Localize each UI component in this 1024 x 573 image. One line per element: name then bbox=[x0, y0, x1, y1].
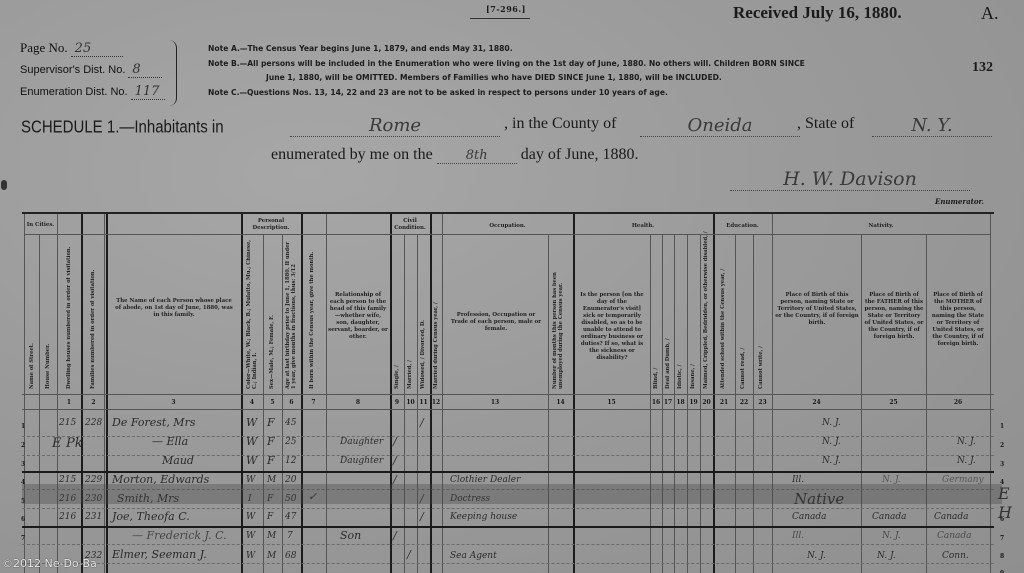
r8-color: W bbox=[246, 551, 255, 561]
enum-suffix: day of June, 1880. bbox=[521, 146, 639, 163]
col-3: The Name of each Person whose place of a… bbox=[114, 298, 234, 319]
colnum-12: 12 bbox=[430, 399, 442, 406]
col-13: Profession, Occupation or Trade of each … bbox=[450, 312, 542, 333]
brace bbox=[168, 40, 177, 106]
section-letter: A. bbox=[981, 3, 999, 24]
margin-note: E H bbox=[998, 484, 1024, 522]
r7-mother-birth: Canada bbox=[937, 531, 972, 541]
r7-single-mark: / bbox=[393, 529, 397, 542]
col-8: Relationship of each person to the head … bbox=[328, 292, 388, 341]
colnum-25: 25 bbox=[861, 399, 926, 406]
r6-age: 47 bbox=[285, 512, 296, 522]
col-14: Number of months this person has been un… bbox=[552, 244, 568, 389]
enumerator-signature: H. W. Davison bbox=[730, 168, 970, 191]
r7-age: 7 bbox=[287, 531, 293, 541]
rownum-3: 3 bbox=[21, 461, 25, 468]
page-no-field: Page No. 25 bbox=[20, 40, 165, 62]
col-house: House Number. bbox=[45, 349, 51, 389]
col-11: Widowed, / Divorced, D. bbox=[420, 329, 426, 389]
col-9: Single, / bbox=[394, 359, 400, 389]
r2-age: 25 bbox=[285, 437, 296, 447]
page-no-label: Page No. bbox=[20, 40, 68, 56]
r7-father-birth: N. J. bbox=[882, 531, 901, 541]
col-17: Deaf and Dumb, / bbox=[665, 334, 671, 389]
r1-age: 45 bbox=[285, 418, 296, 428]
r3-birth: N. J. bbox=[822, 456, 841, 466]
r6-mother-birth: Canada bbox=[934, 512, 969, 522]
col-5: Sex—Male, M.; Female, F. bbox=[269, 324, 275, 389]
col-26: Place of Birth of the MOTHER of this per… bbox=[928, 292, 988, 348]
r3-single-mark: / bbox=[393, 454, 397, 467]
note-c: Note C.—Questions Nos. 13, 14, 22 and 23… bbox=[208, 86, 805, 101]
r7-relation: Son bbox=[340, 529, 361, 542]
state-field: N. Y. bbox=[872, 115, 992, 137]
rownum-right-2: 2 bbox=[1000, 442, 1004, 449]
r1-color: W bbox=[246, 416, 257, 429]
colnum-2: 2 bbox=[81, 399, 106, 406]
r1-dwelling: 215 bbox=[59, 418, 76, 428]
note-b-continued: June 1, 1880, will be OMITTED. Members o… bbox=[208, 71, 805, 86]
note-b: Note B.—All persons will be included in … bbox=[208, 57, 805, 72]
colnum-11: 11 bbox=[417, 399, 430, 406]
note-a: Note A.—The Census Year begins June 1, 1… bbox=[208, 42, 805, 57]
col-12: Married during Census year, / bbox=[433, 289, 439, 389]
colnum-22: 22 bbox=[735, 399, 753, 406]
census-page: [7-296.] Received July 16, 1880. A. 132 … bbox=[0, 0, 1024, 573]
r7-name: — Frederick J. C. bbox=[132, 529, 227, 542]
r8-sex: M bbox=[267, 551, 276, 561]
col-23: Cannot write, / bbox=[758, 342, 764, 389]
place-field: Rome bbox=[290, 115, 500, 137]
supervisor-dist-value: 8 bbox=[128, 62, 162, 78]
r7-color: W bbox=[246, 531, 255, 541]
enumeration-dist-field: Enumeration Dist. No. 117 bbox=[20, 84, 165, 106]
r3-color: W bbox=[246, 454, 257, 467]
colnum-16: 16 bbox=[650, 399, 662, 406]
r6-color: W bbox=[246, 512, 255, 522]
form-code: [7-296.] bbox=[486, 4, 526, 14]
colnum-4: 4 bbox=[241, 399, 263, 406]
col-street: Name of Street. bbox=[29, 349, 35, 389]
r2-birth: N. J. bbox=[822, 437, 841, 447]
colnum-23: 23 bbox=[753, 399, 772, 406]
r2-relation: Daughter bbox=[340, 437, 383, 447]
r8-occupation: Sea Agent bbox=[450, 551, 497, 561]
district-fields: Page No. 25 Supervisor's Dist. No. 8 Enu… bbox=[20, 40, 165, 106]
col-7: If born within the Census year, give the… bbox=[309, 269, 315, 389]
county-label: , in the County of bbox=[504, 115, 616, 133]
watermark: ©2012 Ne-Do-Ba bbox=[2, 557, 97, 570]
highlighted-row bbox=[22, 484, 1002, 504]
r1-widowed-mark: / bbox=[420, 416, 424, 429]
divider bbox=[470, 18, 530, 19]
r3-name: Maud bbox=[162, 454, 194, 467]
received-stamp: Received July 16, 1880. bbox=[733, 3, 902, 23]
r2-sex: F bbox=[267, 435, 275, 448]
colnum-20: 20 bbox=[700, 399, 713, 406]
rownum-right-7: 7 bbox=[1000, 535, 1004, 542]
r8-birth: N. J. bbox=[807, 551, 826, 561]
r8-married-mark: / bbox=[407, 548, 411, 561]
col-22: Cannot read, / bbox=[740, 344, 746, 389]
supervisor-dist-label: Supervisor's Dist. No. bbox=[20, 64, 125, 76]
r6-name: Joe, Theofa C. bbox=[112, 510, 190, 523]
col-1: Dwelling houses numbered in order of vis… bbox=[66, 259, 72, 389]
col-18: Idiotic, / bbox=[677, 349, 683, 389]
r3-relation: Daughter bbox=[340, 456, 383, 466]
col-19: Insane, / bbox=[690, 352, 696, 389]
rownum-1: 1 bbox=[21, 423, 25, 430]
r2-house: Pk bbox=[66, 436, 83, 451]
colnum-8: 8 bbox=[326, 399, 390, 406]
colnum-18: 18 bbox=[674, 399, 687, 406]
schedule-title: SCHEDULE 1.—Inhabitants in bbox=[21, 119, 224, 136]
r7-sex: M bbox=[267, 531, 276, 541]
colnum-19: 19 bbox=[687, 399, 700, 406]
r2-color: W bbox=[246, 435, 257, 448]
supervisor-dist-field: Supervisor's Dist. No. 8 bbox=[20, 62, 165, 84]
r8-age: 68 bbox=[285, 551, 296, 561]
rownum-2: 2 bbox=[21, 442, 25, 449]
r6-sex: F bbox=[267, 512, 273, 522]
enum-day: 8th bbox=[437, 148, 517, 164]
rownum-6: 6 bbox=[21, 516, 25, 523]
schedule-title-text: SCHEDULE 1.—Inhabitants in bbox=[21, 118, 224, 138]
r1-family: 228 bbox=[85, 418, 102, 428]
col-15: Is the person [on the day of the Enumera… bbox=[577, 292, 647, 362]
r8-name: Elmer, Seeman J. bbox=[112, 548, 207, 561]
colnum-6: 6 bbox=[282, 399, 301, 406]
enumeration-dist-value: 117 bbox=[131, 84, 165, 100]
r3-sex: F bbox=[267, 454, 275, 467]
colnum-24: 24 bbox=[772, 399, 861, 406]
r3-age: 12 bbox=[285, 456, 296, 466]
enumerator-label: Enumerator. bbox=[935, 197, 984, 206]
colnum-1: 1 bbox=[57, 399, 81, 406]
header-personal-description: Personal Description. bbox=[241, 218, 301, 232]
colnum-21: 21 bbox=[713, 399, 735, 406]
rownum-right-3: 3 bbox=[1000, 461, 1004, 468]
r8-father-birth: N. J. bbox=[877, 551, 896, 561]
enumeration-date-line: enumerated by me on the 8th day of June,… bbox=[271, 146, 638, 164]
county-value: Oneida bbox=[640, 115, 800, 137]
header-health: Health. bbox=[573, 223, 713, 230]
colnum-13: 13 bbox=[442, 399, 548, 406]
col-16: Blind, / bbox=[653, 354, 659, 389]
state-label: , State of bbox=[797, 115, 854, 133]
enumeration-dist-label: Enumeration Dist. No. bbox=[20, 86, 128, 98]
col-21: Attended school within the Census year, … bbox=[720, 269, 726, 389]
r1-birth: N. J. bbox=[822, 418, 841, 428]
col-20: Maimed, Crippled, Bedridden, or otherwis… bbox=[703, 244, 709, 389]
r3-mother-birth: N. J. bbox=[957, 456, 976, 466]
rownum-right-1: 1 bbox=[1000, 423, 1004, 430]
enum-prefix: enumerated by me on the bbox=[271, 146, 433, 163]
header-occupation: Occupation. bbox=[442, 223, 573, 230]
header-in-cities: In Cities. bbox=[24, 222, 57, 229]
colnum-26: 26 bbox=[926, 399, 990, 406]
col-10: Married, / bbox=[407, 357, 413, 389]
colnum-14: 14 bbox=[548, 399, 573, 406]
colnum-17: 17 bbox=[662, 399, 674, 406]
header-nativity: Nativity. bbox=[772, 223, 990, 230]
r2-name: — Ella bbox=[152, 435, 188, 448]
header-civil-condition: Civil Condition. bbox=[390, 218, 430, 232]
r2-mother-birth: N. J. bbox=[957, 437, 976, 447]
r1-name: De Forest, Mrs bbox=[112, 416, 195, 429]
binding-hole-icon bbox=[1, 180, 7, 190]
colnum-10: 10 bbox=[404, 399, 417, 406]
r8-mother-birth: Conn. bbox=[942, 551, 969, 561]
r6-widowed-mark: / bbox=[420, 510, 424, 523]
colnum-9: 9 bbox=[390, 399, 404, 406]
r1-sex: F bbox=[267, 416, 275, 429]
census-table: In Cities. Personal Description. Civil C… bbox=[22, 212, 994, 573]
instructions-notes: Note A.—The Census Year begins June 1, 1… bbox=[208, 42, 805, 100]
colnum-5: 5 bbox=[263, 399, 282, 406]
col-6: Age at last birthday prior to June 1, 18… bbox=[285, 239, 299, 389]
col-4: Color—White, W.; Black, B.; Mulatto, Mu.… bbox=[246, 239, 260, 389]
place-value: Rome bbox=[290, 115, 500, 137]
sheet-number: 132 bbox=[972, 60, 993, 76]
r6-birth: Canada bbox=[792, 512, 827, 522]
r2-single-mark: / bbox=[393, 435, 397, 448]
r6-occupation: Keeping house bbox=[450, 512, 517, 522]
col-24: Place of Birth of this person, naming St… bbox=[775, 292, 859, 327]
r2-street: E bbox=[52, 436, 62, 451]
county-field: Oneida bbox=[640, 115, 800, 137]
r6-family: 231 bbox=[85, 512, 102, 522]
col-2: Families numbered in order of visitation… bbox=[90, 284, 96, 389]
colnum-7: 7 bbox=[301, 399, 326, 406]
page-no-value: 25 bbox=[71, 41, 123, 57]
r6-dwelling: 216 bbox=[59, 512, 76, 522]
colnum-3: 3 bbox=[106, 399, 241, 406]
header-education: Education. bbox=[713, 223, 772, 230]
rownum-7: 7 bbox=[21, 535, 25, 542]
r6-father-birth: Canada bbox=[872, 512, 907, 522]
r7-birth: Ill. bbox=[792, 531, 804, 541]
col-25: Place of Birth of the FATHER of this per… bbox=[864, 292, 924, 341]
rownum-right-8: 8 bbox=[1000, 553, 1004, 560]
colnum-15: 15 bbox=[573, 399, 650, 406]
state-value: N. Y. bbox=[872, 115, 992, 137]
